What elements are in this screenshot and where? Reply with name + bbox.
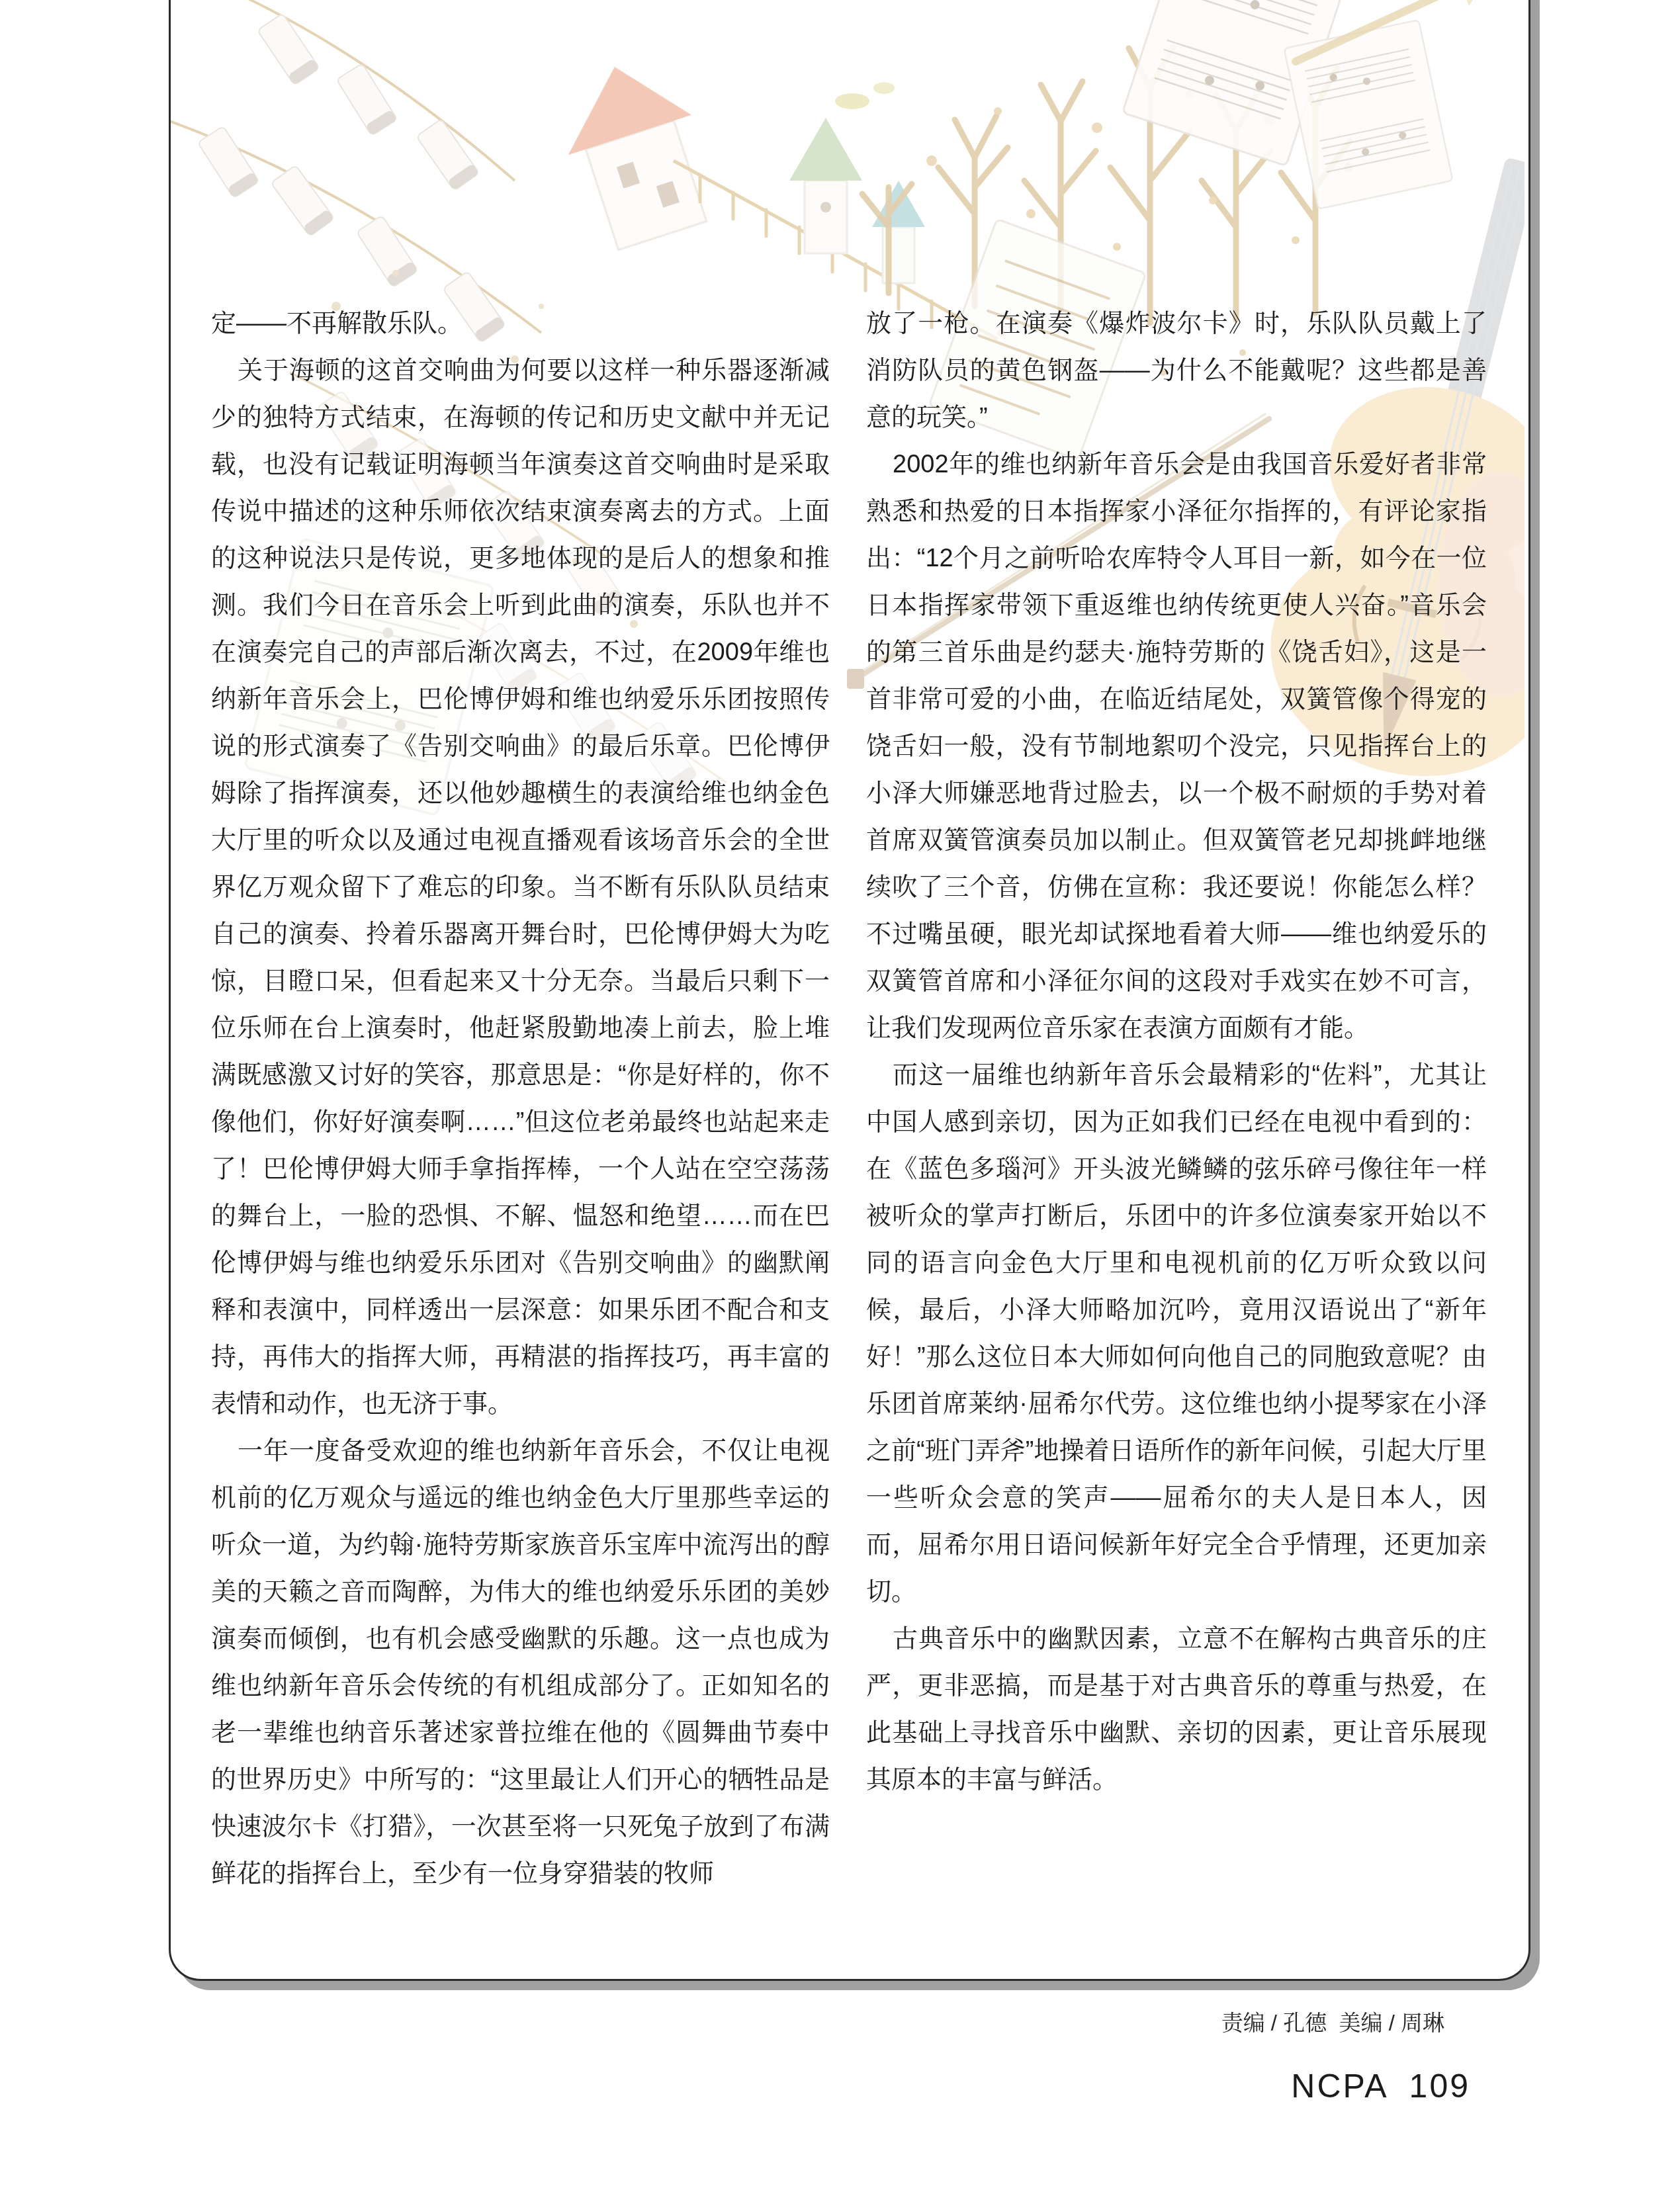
paragraph: 放了一枪。在演奏《爆炸波尔卡》时，乐队队员戴上了消防队员的黄色钢盔——为什么不能… bbox=[866, 300, 1487, 441]
magazine-page: { "colors": { "text": "#1c1c1c", "card_b… bbox=[0, 0, 1680, 2188]
paragraph: 一年一度备受欢迎的维也纳新年音乐会，不仅让电视机前的亿万观众与遥远的维也纳金色大… bbox=[211, 1428, 830, 1898]
page-number: NCPA 109 bbox=[1291, 2068, 1470, 2105]
pencil-icon bbox=[1296, 0, 1493, 62]
village-houses-illustration bbox=[547, 49, 998, 339]
paragraph: 古典音乐中的幽默因素，立意不在解构古典音乐的庄严，更非恶搞，而是基于对古典音乐的… bbox=[866, 1616, 1487, 1804]
paragraph: 而这一届维也纳新年音乐会最精彩的“佐料”，尤其让中国人感到亲切，因为正如我们已经… bbox=[866, 1052, 1487, 1616]
editors-credit: 责编 / 孔德 美编 / 周琳 bbox=[1221, 2010, 1444, 2036]
page-card: 定——不再解散乐队。 关于海顿的这首交响曲为何要以这样一种乐器逐渐减少的独特方式… bbox=[169, 0, 1530, 1981]
article-column-left: 定——不再解散乐队。 关于海顿的这首交响曲为何要以这样一种乐器逐渐减少的独特方式… bbox=[211, 300, 830, 1898]
article-column-right: 放了一枪。在演奏《爆炸波尔卡》时，乐队队员戴上了消防队员的黄色钢盔——为什么不能… bbox=[866, 300, 1487, 1804]
paragraph: 2002年的维也纳新年音乐会是由我国音乐爱好者非常熟悉和热爱的日本指挥家小泽征尔… bbox=[866, 441, 1487, 1052]
paragraph: 定——不再解散乐队。 bbox=[211, 300, 830, 347]
paragraph: 关于海顿的这首交响曲为何要以这样一种乐器逐渐减少的独特方式结束，在海顿的传记和历… bbox=[211, 347, 830, 1428]
